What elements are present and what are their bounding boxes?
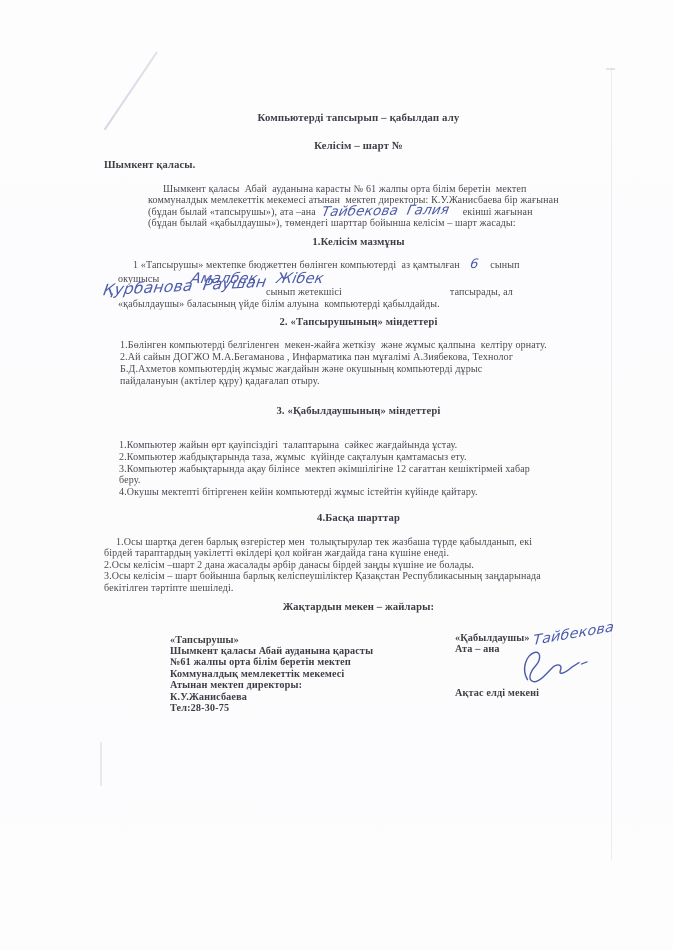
- section3-line-4: беру.: [119, 475, 613, 487]
- section1-heading: 1.Келісім мазмұны: [104, 237, 613, 249]
- section2-line-2: 2.Ай сайын ДОГЖО М.А.Бегаманова , Инфарм…: [120, 352, 613, 364]
- section1-body: 1 «Тапсырушы» мектепке бюджеттен бөлінге…: [118, 259, 613, 311]
- transferor-phone: Тел:28-30-75: [170, 703, 613, 714]
- handwritten-class-number: 6: [469, 259, 479, 271]
- section4-line-5: бекітілген тәртіпте шешіледі.: [104, 583, 613, 595]
- section4-line-4: 3.Осы келісім – шарт бойынша барлық келі…: [104, 571, 613, 583]
- intro-line-3-text-after: екінші жағынан: [463, 207, 533, 218]
- intro-line-3: (бұдан былай «тапсырушы»), ата –анаТайбе…: [148, 206, 613, 218]
- recipient-settlement: Ақтас елді мекені: [455, 688, 673, 699]
- section4-line-3: 2.Осы келісім –шарт 2 дана жасалады әрбі…: [104, 560, 613, 572]
- section3-heading: 3. «Қабылдаушының» міндеттері: [104, 406, 613, 418]
- section4-heading: 4.Басқа шарттар: [104, 513, 613, 525]
- section2-body: 1.Бөлінген компьютерді белгіленген мекен…: [120, 340, 613, 388]
- section4-body: 1.Осы шартқа деген барлық өзгерістер мен…: [104, 537, 613, 595]
- section1-line-4: «қабылдаушы» баласының үйде білім алуына…: [118, 299, 613, 311]
- scanned-contract-page: Компьютерді тапсырып – қабылдап алу Келі…: [0, 0, 673, 950]
- addresses-heading: Жақтардын мекен – жайлары:: [104, 602, 613, 614]
- intro-line-1: Шымкент қаласы Абай ауданына карасты № 6…: [148, 184, 613, 195]
- section1-line-3: Қурбанова Раушансынып жетекшісітапсырады…: [118, 287, 613, 299]
- document-subtitle: Келісім – шарт №: [104, 140, 613, 152]
- section3-line-5: 4.Окушы мектепті бітіргенен кейін компью…: [119, 487, 613, 499]
- section2-heading: 2. «Тапсырушының» міндеттері: [104, 317, 613, 329]
- section2-line-3: Б.Д.Ахметов компьютердің жұмыс жағдайын …: [120, 364, 613, 376]
- document-title: Компьютерді тапсырып – қабылдап алу: [104, 112, 613, 124]
- city-label: Шымкент қаласы.: [104, 160, 613, 172]
- intro-line-3-text-before: (бұдан былай «тапсырушы»), ата –ана: [148, 207, 316, 218]
- section3-line-2: 2.Компьютер жабдықтарында таза, жұмыс кү…: [119, 452, 613, 464]
- recipient-role-label: «Қабылдаушы»: [455, 633, 530, 644]
- section3-line-3: 3.Компьютер жабықтарында ақау білінсе ме…: [119, 464, 613, 476]
- recipient-details: «Қабылдаушы»Тайбекова Ата – ана Ақтас ел…: [455, 632, 673, 700]
- section4-line-2: бірдей тараптардың уәкілетті өкілдері қо…: [104, 548, 613, 560]
- section3-line-1: 1.Компьютер жайын өрт қауіпсіздігі талап…: [119, 440, 613, 452]
- signatures-block: «Тапсырушы» Шымкент қаласы Абай ауданына…: [104, 635, 613, 715]
- section3-body: 1.Компьютер жайын өрт қауіпсіздігі талап…: [119, 440, 613, 499]
- intro-line-4: (бұдан былай «қабылдаушы»), төмендегі ша…: [148, 218, 613, 229]
- section4-line-1: 1.Осы шартқа деген барлық өзгерістер мен…: [104, 537, 613, 549]
- paper-edge-tick: [606, 68, 615, 70]
- section2-line-1: 1.Бөлінген компьютерді белгіленген мекен…: [120, 340, 613, 352]
- section1-line-1-text-before: 1 «Тапсырушы» мектепке бюджеттен бөлінге…: [133, 260, 460, 271]
- handwritten-parent-name: Тайбекова Галия: [321, 205, 450, 218]
- section1-line-3-text-after: тапсырады, ал: [450, 287, 513, 298]
- paper-crease-mark-bottom: [100, 742, 102, 786]
- section1-line-1-text-after: сынып: [490, 260, 519, 271]
- section1-line-3-text-mid: сынып жетекшісі: [266, 287, 342, 298]
- document-body: Компьютерді тапсырып – қабылдап алу Келі…: [104, 112, 613, 715]
- section2-line-4: пайдалануын (актілер құру) қадағалап оты…: [120, 376, 613, 388]
- intro-paragraph: Шымкент қаласы Абай ауданына карасты № 6…: [148, 184, 613, 229]
